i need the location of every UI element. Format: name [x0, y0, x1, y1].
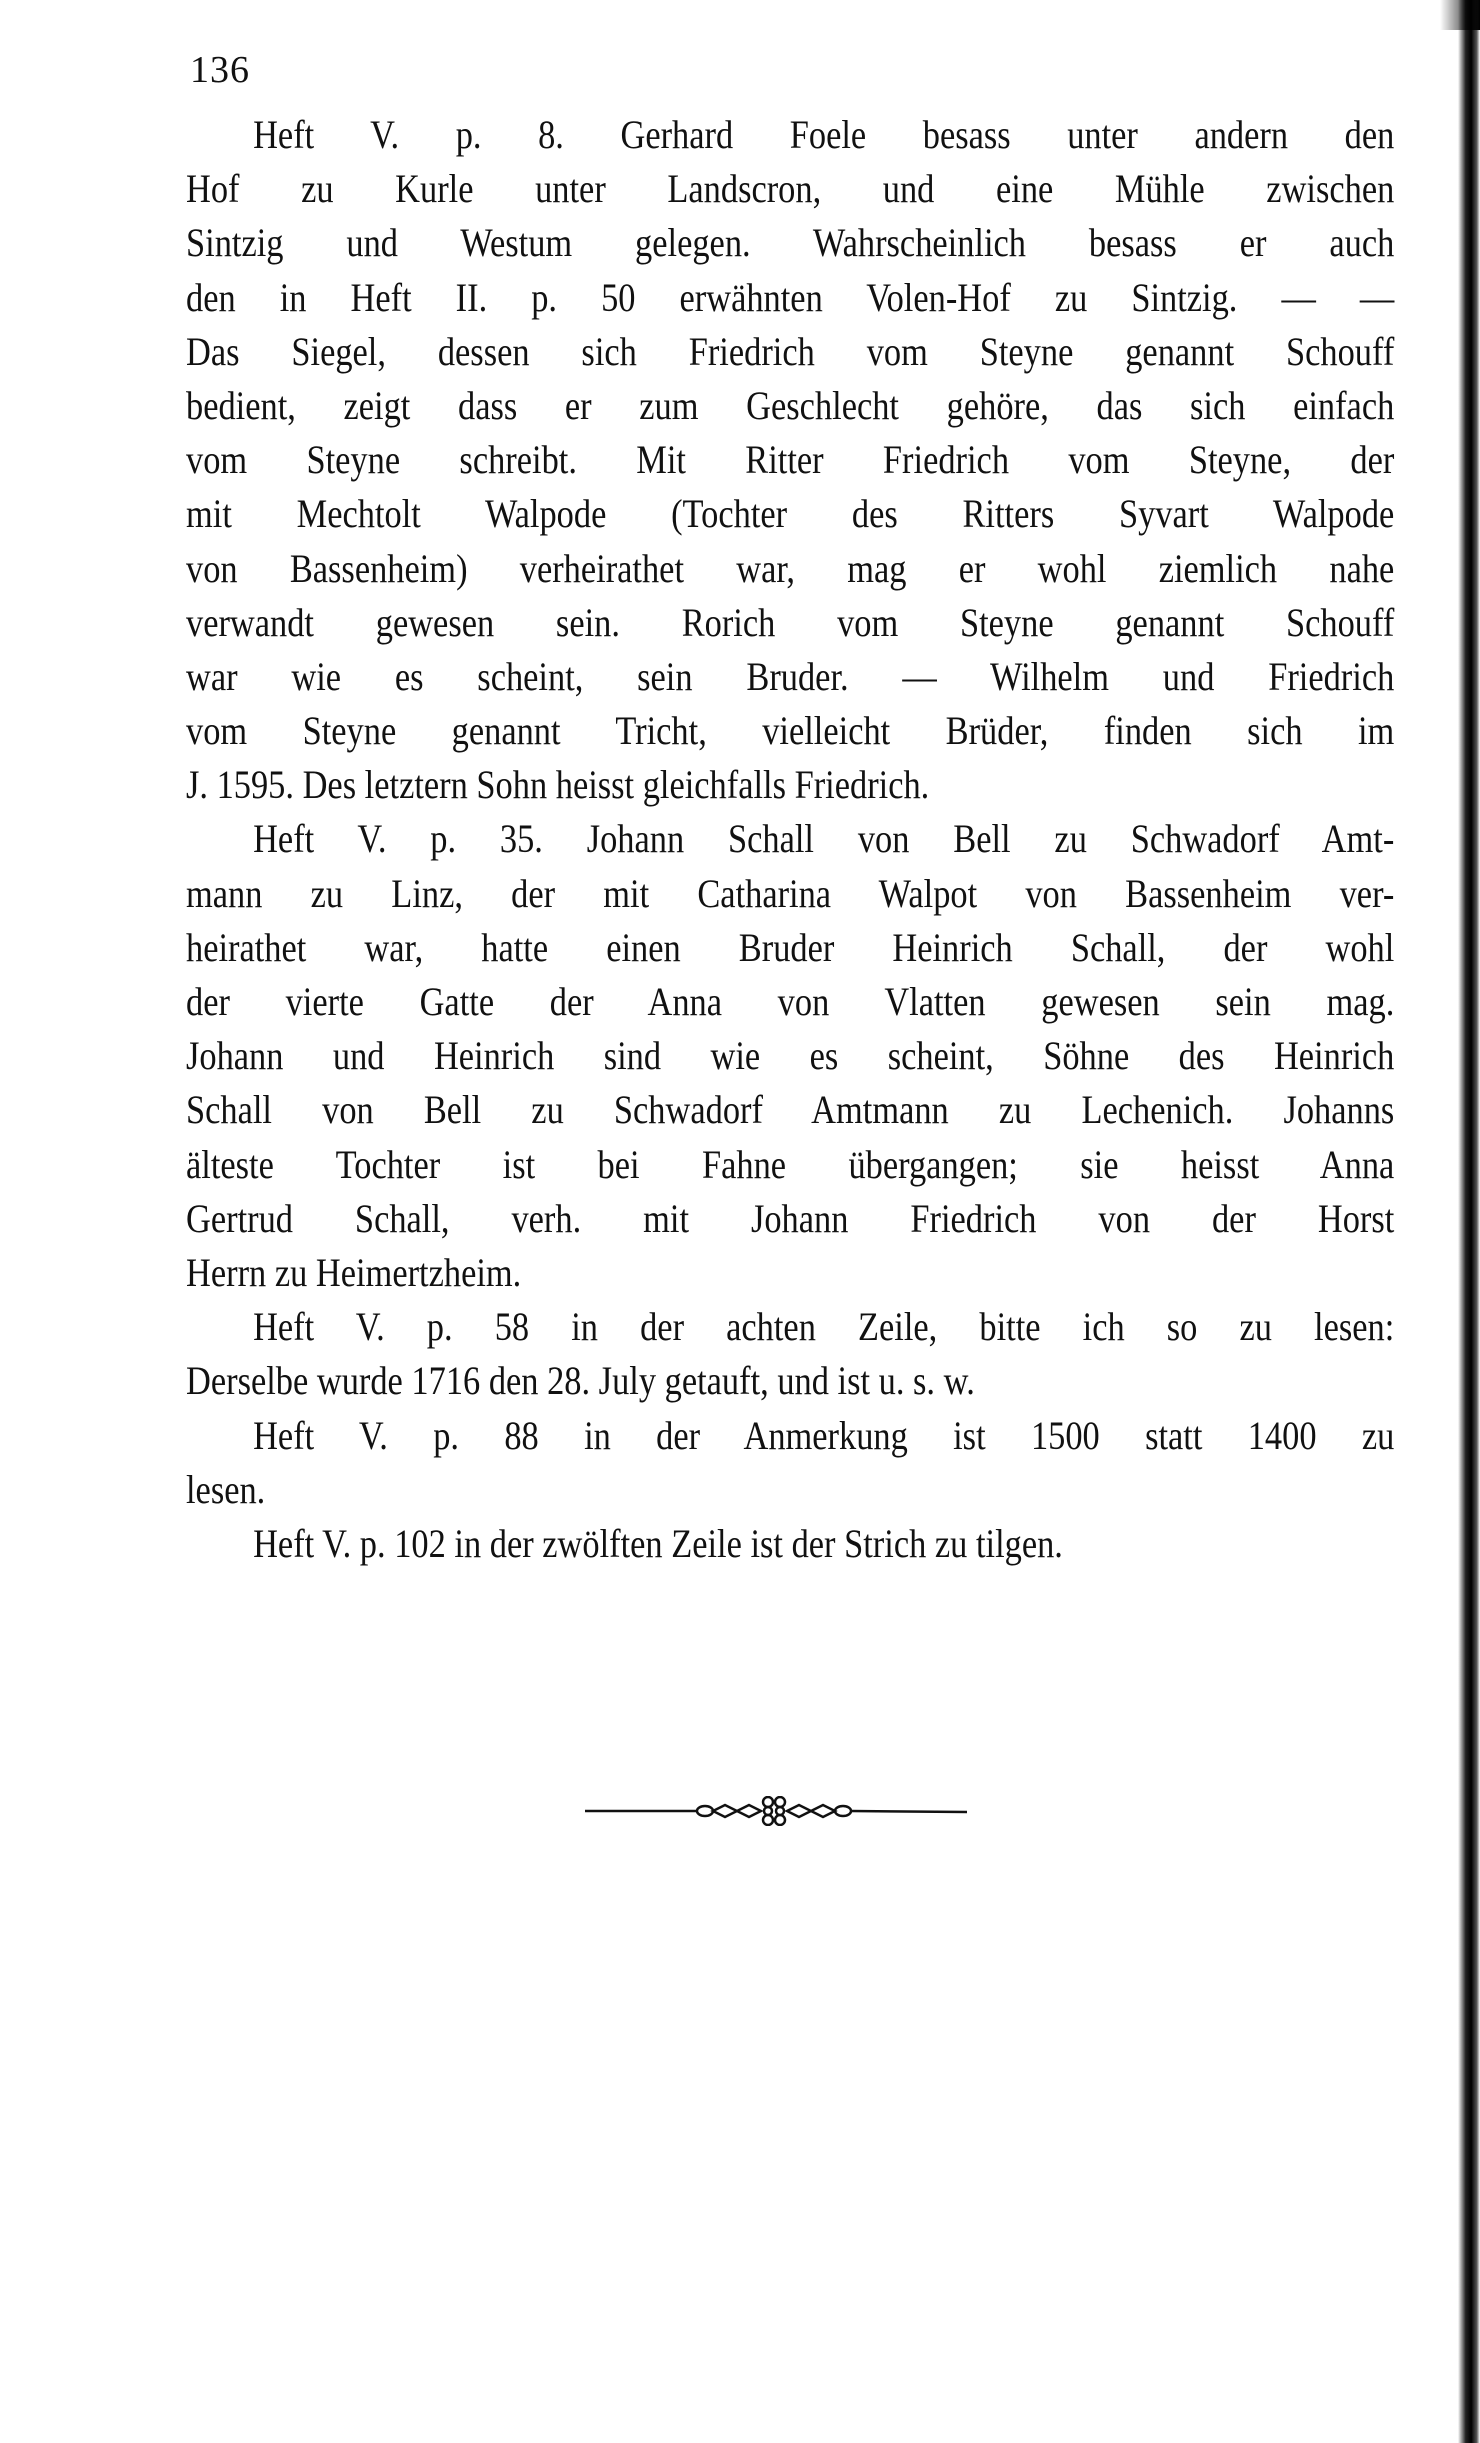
text-line: heirathet war, hatte einen Bruder Heinri…: [186, 921, 1394, 975]
text-line: mit Mechtolt Walpode (Tochter des Ritter…: [186, 487, 1394, 541]
text-line: J. 1595. Des letztern Sohn heisst gleich…: [186, 758, 1394, 812]
text-line: vom Steyne schreibt. Mit Ritter Friedric…: [186, 433, 1394, 487]
text-line: Heft V. p. 35. Johann Schall von Bell zu…: [186, 812, 1394, 866]
page-binding-edge: [1458, 0, 1480, 2443]
text-line: Hof zu Kurle unter Landscron, und eine M…: [186, 162, 1394, 216]
text-line: der vierte Gatte der Anna von Vlatten ge…: [186, 975, 1394, 1029]
ornament-divider-icon: [585, 1796, 975, 1826]
text-line: Heft V. p. 58 in der achten Zeile, bitte…: [186, 1300, 1394, 1354]
page-corner-shadow: [1440, 0, 1480, 30]
text-line: Gertrud Schall, verh. mit Johann Friedri…: [186, 1192, 1394, 1246]
text-line: bedient, zeigt dass er zum Geschlecht ge…: [186, 379, 1394, 433]
text-line: Heft V. p. 8. Gerhard Foele besass unter…: [186, 108, 1394, 162]
text-line: von Bassenheim) verheirathet war, mag er…: [186, 542, 1394, 596]
text-line: Derselbe wurde 1716 den 28. July getauft…: [186, 1354, 1394, 1408]
text-line: verwandt gewesen sein. Rorich vom Steyne…: [186, 596, 1394, 650]
text-line: Sintzig und Westum gelegen. Wahrscheinli…: [186, 216, 1394, 270]
book-page: 136 Heft V. p. 8. Gerhard Foele besass u…: [0, 0, 1480, 2443]
text-line: mann zu Linz, der mit Catharina Walpot v…: [186, 867, 1394, 921]
text-line: Heft V. p. 88 in der Anmerkung ist 1500 …: [186, 1409, 1394, 1463]
text-line: den in Heft II. p. 50 erwähnten Volen-Ho…: [186, 271, 1394, 325]
text-line: lesen.: [186, 1463, 1394, 1517]
text-line: vom Steyne genannt Tricht, vielleicht Br…: [186, 704, 1394, 758]
text-line: Das Siegel, dessen sich Friedrich vom St…: [186, 325, 1394, 379]
page-number: 136: [190, 48, 250, 92]
page-body-text: Heft V. p. 8. Gerhard Foele besass unter…: [186, 108, 1394, 1571]
text-line: Herrn zu Heimertzheim.: [186, 1246, 1394, 1300]
text-line: war wie es scheint, sein Bruder. — Wilhe…: [186, 650, 1394, 704]
text-line: Johann und Heinrich sind wie es scheint,…: [186, 1029, 1394, 1083]
text-line: Heft V. p. 102 in der zwölften Zeile ist…: [186, 1517, 1394, 1571]
text-line: Schall von Bell zu Schwadorf Amtmann zu …: [186, 1083, 1394, 1137]
text-line: älteste Tochter ist bei Fahne übergangen…: [186, 1138, 1394, 1192]
